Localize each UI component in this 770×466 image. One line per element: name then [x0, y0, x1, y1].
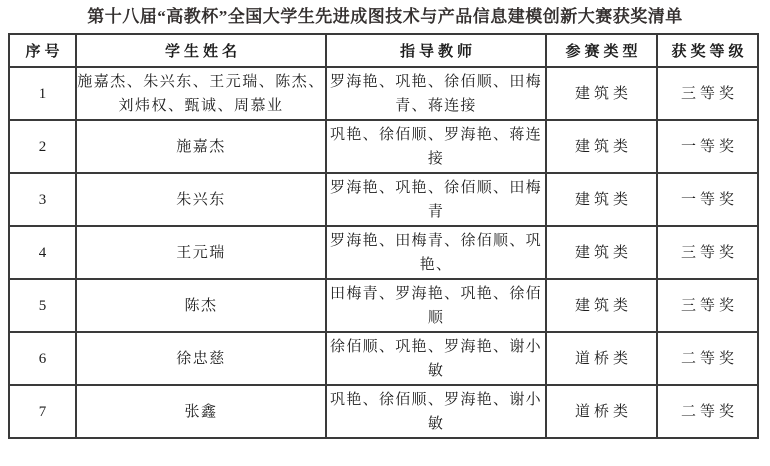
students-cell: 朱兴东: [76, 173, 326, 226]
serial-cell: 4: [9, 226, 76, 279]
category-cell: 建筑类: [546, 173, 657, 226]
category-cell: 道桥类: [546, 332, 657, 385]
header-cell-category: 参赛类型: [546, 34, 657, 67]
table-row: 7 张鑫 巩艳、徐佰顺、罗海艳、谢小敏 道桥类 二等奖: [9, 385, 758, 438]
category-cell: 道桥类: [546, 385, 657, 438]
award-cell: 一等奖: [657, 120, 758, 173]
teachers-cell: 徐佰顺、巩艳、罗海艳、谢小敏: [326, 332, 546, 385]
table-row: 4 王元瑞 罗海艳、田梅青、徐佰顺、巩艳、 建筑类 三等奖: [9, 226, 758, 279]
serial-cell: 6: [9, 332, 76, 385]
award-cell: 二等奖: [657, 332, 758, 385]
teachers-cell: 巩艳、徐佰顺、罗海艳、蒋连接: [326, 120, 546, 173]
students-cell: 王元瑞: [76, 226, 326, 279]
table-row: 6 徐忠慈 徐佰顺、巩艳、罗海艳、谢小敏 道桥类 二等奖: [9, 332, 758, 385]
award-cell: 三等奖: [657, 279, 758, 332]
serial-cell: 1: [9, 67, 76, 120]
awards-table: 序号 学生姓名 指导教师 参赛类型 获奖等级 1 施嘉杰、朱兴东、王元瑞、陈杰、…: [8, 33, 759, 439]
award-cell: 二等奖: [657, 385, 758, 438]
category-cell: 建筑类: [546, 279, 657, 332]
category-cell: 建筑类: [546, 226, 657, 279]
table-body: 1 施嘉杰、朱兴东、王元瑞、陈杰、刘炜权、甄诚、周慕业 罗海艳、巩艳、徐佰顺、田…: [9, 67, 758, 438]
header-cell-award: 获奖等级: [657, 34, 758, 67]
students-cell: 徐忠慈: [76, 332, 326, 385]
award-cell: 一等奖: [657, 173, 758, 226]
serial-cell: 5: [9, 279, 76, 332]
table-row: 3 朱兴东 罗海艳、巩艳、徐佰顺、田梅青 建筑类 一等奖: [9, 173, 758, 226]
serial-cell: 3: [9, 173, 76, 226]
category-cell: 建筑类: [546, 120, 657, 173]
document-page: 第十八届“高教杯”全国大学生先进成图技术与产品信息建模创新大赛获奖清单 序号 学…: [0, 0, 770, 466]
header-cell-teachers: 指导教师: [326, 34, 546, 67]
header-cell-students: 学生姓名: [76, 34, 326, 67]
teachers-cell: 罗海艳、田梅青、徐佰顺、巩艳、: [326, 226, 546, 279]
document-title: 第十八届“高教杯”全国大学生先进成图技术与产品信息建模创新大赛获奖清单: [0, 0, 770, 28]
table-row: 2 施嘉杰 巩艳、徐佰顺、罗海艳、蒋连接 建筑类 一等奖: [9, 120, 758, 173]
category-cell: 建筑类: [546, 67, 657, 120]
teachers-cell: 田梅青、罗海艳、巩艳、徐佰顺: [326, 279, 546, 332]
serial-cell: 2: [9, 120, 76, 173]
students-cell: 施嘉杰、朱兴东、王元瑞、陈杰、刘炜权、甄诚、周慕业: [76, 67, 326, 120]
teachers-cell: 罗海艳、巩艳、徐佰顺、田梅青: [326, 173, 546, 226]
students-cell: 陈杰: [76, 279, 326, 332]
students-cell: 施嘉杰: [76, 120, 326, 173]
serial-cell: 7: [9, 385, 76, 438]
students-cell: 张鑫: [76, 385, 326, 438]
teachers-cell: 罗海艳、巩艳、徐佰顺、田梅青、蒋连接: [326, 67, 546, 120]
award-cell: 三等奖: [657, 67, 758, 120]
table-row: 1 施嘉杰、朱兴东、王元瑞、陈杰、刘炜权、甄诚、周慕业 罗海艳、巩艳、徐佰顺、田…: [9, 67, 758, 120]
header-cell-serial: 序号: [9, 34, 76, 67]
header-row: 序号 学生姓名 指导教师 参赛类型 获奖等级: [9, 34, 758, 67]
teachers-cell: 巩艳、徐佰顺、罗海艳、谢小敏: [326, 385, 546, 438]
award-cell: 三等奖: [657, 226, 758, 279]
table-row: 5 陈杰 田梅青、罗海艳、巩艳、徐佰顺 建筑类 三等奖: [9, 279, 758, 332]
